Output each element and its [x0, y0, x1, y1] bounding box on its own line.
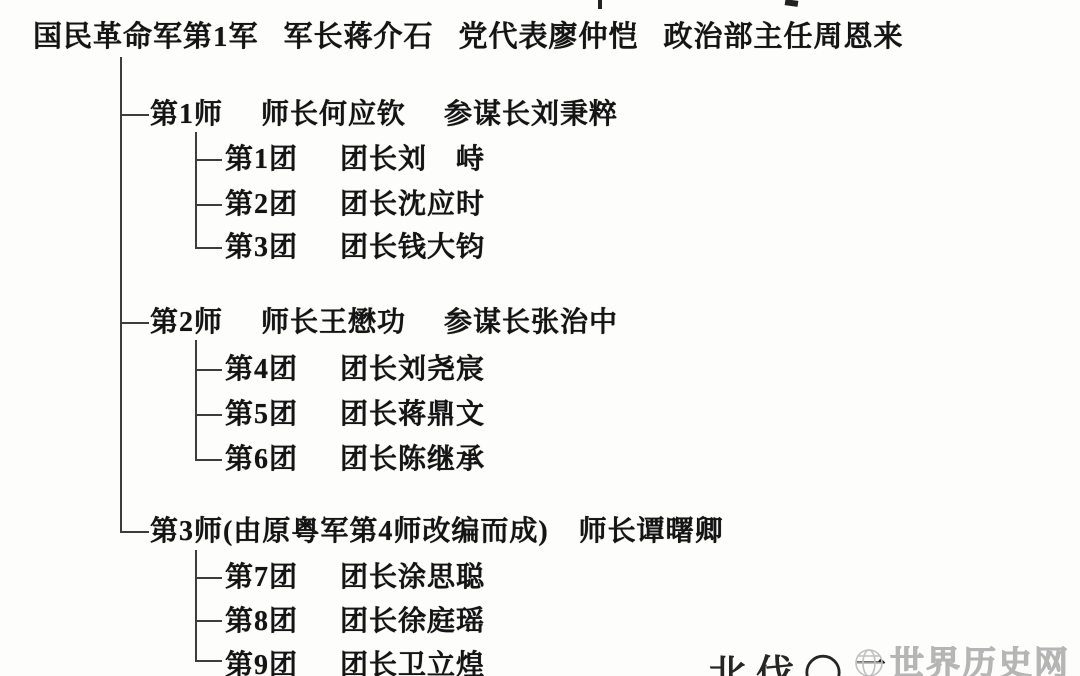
- tree-branch-regiment-8: [195, 620, 222, 622]
- regiment-commander: 团长刘 峙: [340, 143, 485, 177]
- regiment-commander: 团长钱大钧: [340, 231, 485, 265]
- tree-branch-regiment-6: [195, 459, 222, 461]
- regiment-row-8: 第8团 团长徐庭瑶: [225, 605, 485, 639]
- regiment-row-1: 第1团 团长刘 峙: [225, 143, 485, 177]
- division-row-1: 第1师 师长何应钦 参谋长刘秉粹: [150, 98, 618, 132]
- regiment-commander: 团长卫立煌: [340, 649, 485, 676]
- globe-icon: [852, 646, 886, 676]
- regiment-unit: 第6团: [225, 443, 298, 477]
- regiment-row-4: 第4团 团长刘尧宸: [225, 353, 485, 387]
- regiment-row-3: 第3团 团长钱大钧: [225, 231, 485, 265]
- division-chief-of-staff: 参谋长张治中: [444, 306, 618, 340]
- division-row-2: 第2师 师长王懋功 参谋长张治中: [150, 306, 618, 340]
- division-chief-of-staff: 参谋长刘秉粹: [444, 98, 618, 132]
- army-political-director: 政治部主任周恩来: [664, 20, 904, 54]
- regiment-row-9: 第9团 团长卫立煌: [225, 649, 485, 676]
- scanned-org-chart: 国民革命军第1军 军长蒋介石 党代表廖仲恺 政治部主任周恩来 第1师 师长何应钦…: [0, 0, 1080, 676]
- regiment-commander: 团长陈继承: [340, 443, 485, 477]
- regiment-unit: 第8团: [225, 605, 298, 639]
- division-commander: 师长王懋功: [261, 306, 406, 340]
- division-unit: 第1师: [150, 98, 223, 132]
- tree-subtrunk-division-1: [195, 132, 197, 249]
- regiment-row-5: 第5团 团长蒋鼎文: [225, 398, 485, 432]
- regiment-unit: 第2团: [225, 188, 298, 222]
- regiment-row-6: 第6团 团长陈继承: [225, 443, 485, 477]
- watermark-text: 世界历史网: [890, 646, 1070, 676]
- regiment-row-2: 第2团 团长沈应时: [225, 188, 485, 222]
- tree-branch-division-3: [120, 531, 149, 533]
- tree-branch-regiment-1: [195, 159, 222, 161]
- tree-branch-regiment-5: [195, 414, 222, 416]
- tree-branch-regiment-2: [195, 204, 222, 206]
- regiment-commander: 团长徐庭瑶: [340, 605, 485, 639]
- watermark: 世界历史网: [852, 646, 1080, 676]
- regiment-commander: 团长沈应时: [340, 188, 485, 222]
- army-commander: 军长蒋介石: [284, 20, 434, 54]
- army-party-representative: 党代表廖仲恺: [459, 20, 639, 54]
- regiment-unit: 第1团: [225, 143, 298, 177]
- tree-branch-division-1: [120, 114, 149, 116]
- tree-trunk-line: [120, 57, 122, 533]
- tree-branch-regiment-9: [195, 660, 222, 662]
- division-row-3: 第3师(由原粤军第4师改编而成) 师长谭曙卿: [150, 515, 754, 549]
- tree-branch-division-2: [120, 322, 149, 324]
- division-commander: 师长谭曙卿: [579, 515, 724, 549]
- regiment-unit: 第4团: [225, 353, 298, 387]
- regiment-unit: 第9团: [225, 649, 298, 676]
- tree-subtrunk-division-3: [195, 550, 197, 662]
- regiment-commander: 团长蒋鼎文: [340, 398, 485, 432]
- division-commander: 师长何应钦: [261, 98, 406, 132]
- tree-subtrunk-division-2: [195, 340, 197, 461]
- army-unit: 国民革命军第1军: [33, 20, 259, 54]
- tree-branch-regiment-7: [195, 577, 222, 579]
- regiment-unit: 第5团: [225, 398, 298, 432]
- division-unit: 第3师(由原粤军第4师改编而成): [150, 515, 549, 549]
- regiment-unit: 第3团: [225, 231, 298, 265]
- tree-branch-regiment-4: [195, 369, 222, 371]
- regiment-row-7: 第7团 团长涂思聪: [225, 561, 485, 595]
- regiment-commander: 团长涂思聪: [340, 561, 485, 595]
- regiment-unit: 第7团: [225, 561, 298, 595]
- tree-branch-regiment-3: [195, 247, 222, 249]
- regiment-commander: 团长刘尧宸: [340, 353, 485, 387]
- division-unit: 第2师: [150, 306, 223, 340]
- cut-off-text-remnant: [785, 0, 799, 7]
- cut-off-text-remnant: [598, 0, 602, 9]
- army-title-row: 国民革命军第1军 军长蒋介石 党代表廖仲恺 政治部主任周恩来: [33, 20, 904, 54]
